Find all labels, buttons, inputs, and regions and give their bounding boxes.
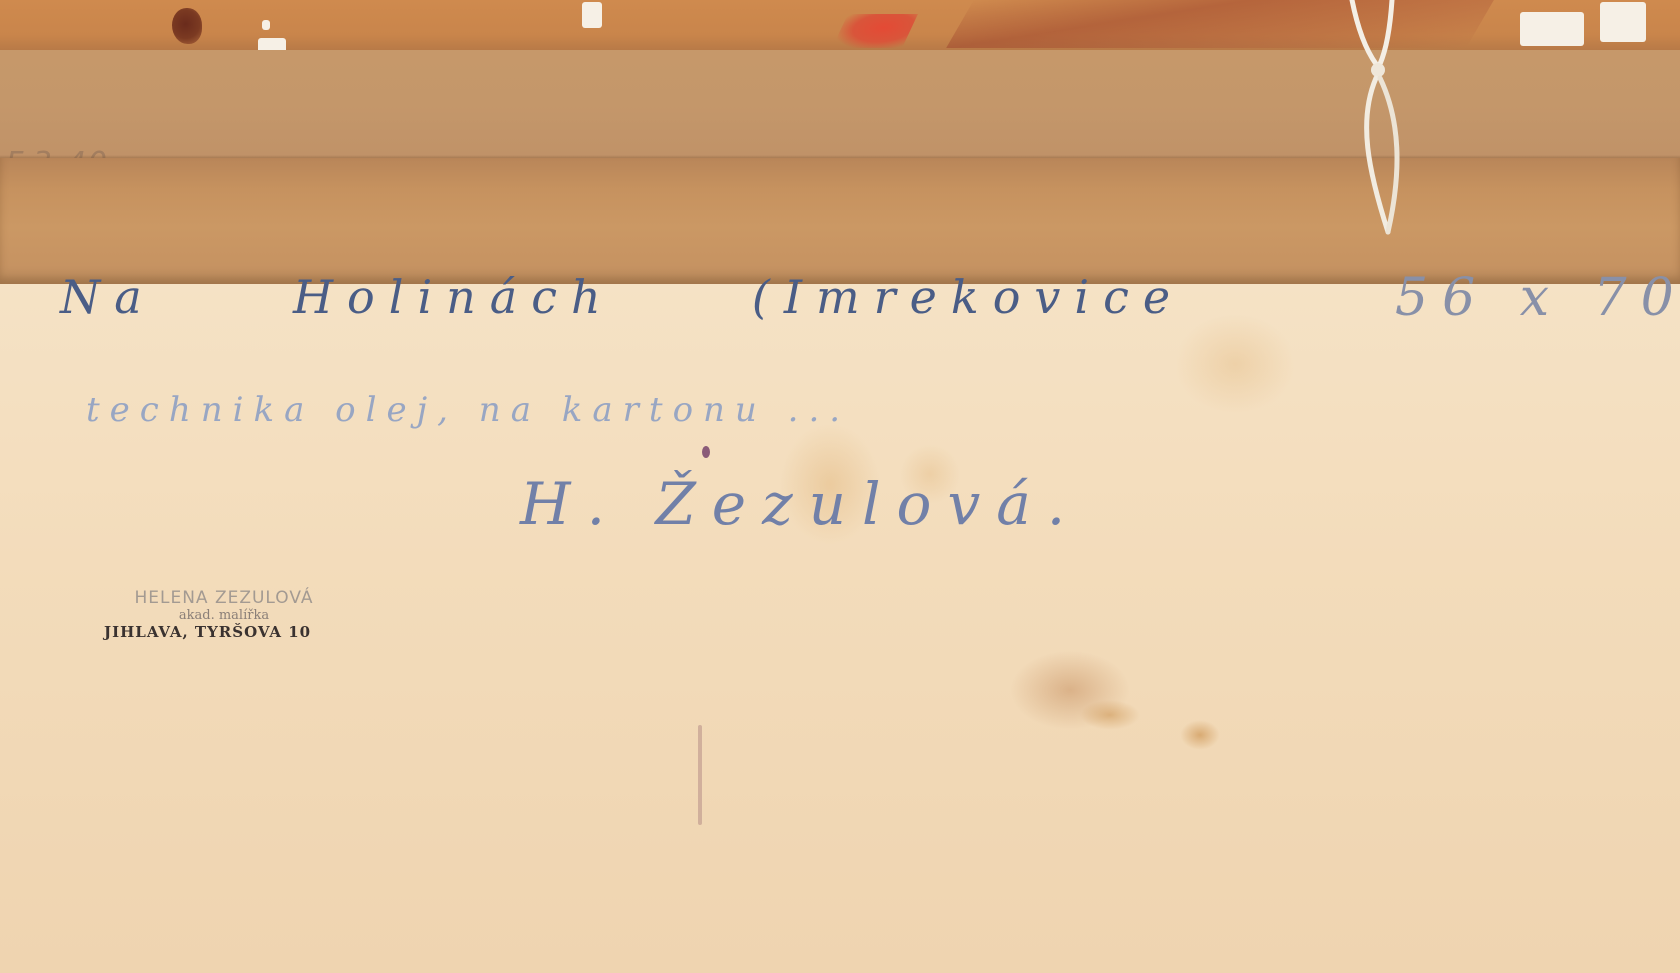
- stretcher-bar-upper: F.3-40: [0, 50, 1680, 158]
- title-word: Holinách: [293, 270, 615, 324]
- ink-dot: [702, 446, 710, 458]
- wood-knot: [172, 8, 202, 44]
- hanging-cord: [1340, 0, 1420, 240]
- artist-signature: H. Žezulová.: [520, 470, 1081, 538]
- white-paint-fleck: [1520, 12, 1584, 46]
- stamp-artist-title: akad. malířka: [104, 608, 344, 623]
- white-paint-fleck: [1600, 2, 1646, 42]
- foxing-stain: [1080, 700, 1140, 730]
- stamp-address: JIHLAVA, TYRŠOVA 10: [104, 623, 344, 641]
- foxing-stain: [1180, 720, 1220, 750]
- inscription-dimensions: 56 x 70: [1395, 268, 1680, 328]
- painted-canvas-edge: [0, 0, 1680, 50]
- white-paint-fleck: [262, 20, 270, 30]
- inscription-medium: technika olej, na kartonu ...: [86, 390, 850, 430]
- red-paint-spot: [832, 14, 918, 48]
- stamp-artist-name: HELENA ZEZULOVÁ: [104, 588, 344, 608]
- title-word: (Imrekovice: [752, 270, 1184, 324]
- inscription-title: Na Holinách (Imrekovice: [60, 270, 1184, 324]
- artist-stamp: HELENA ZEZULOVÁ akad. malířka JIHLAVA, T…: [104, 588, 344, 641]
- white-paint-fleck: [582, 2, 602, 28]
- stretcher-bar-lower: [0, 158, 1680, 284]
- scratch-mark: [698, 725, 702, 825]
- title-word: Na: [60, 270, 156, 324]
- painting-reverse-photo: F.3-40 Na Holinách (Imrekovice 56 x 70 t…: [0, 0, 1680, 973]
